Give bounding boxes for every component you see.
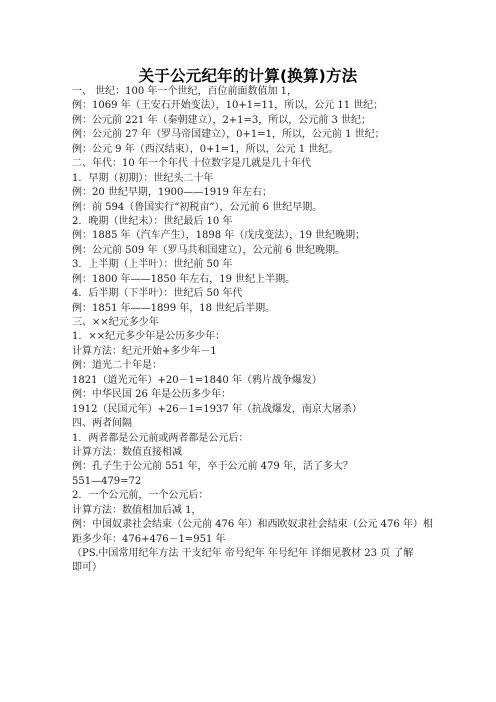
section-heading: 二、年代：10 年一个年代 十位数字是几就是几十年代 — [72, 157, 442, 171]
text-line: 1．早期（初期）：世纪头二十年 — [72, 172, 442, 186]
document-body: 一、 世纪：100 年一个世纪，百位前面数值加 1， 例：1069 年（王安石开… — [72, 85, 442, 576]
section-heading: 三、××纪元多少年 — [72, 316, 442, 330]
text-line: 例：中华民国 26 年是公历多少年： — [72, 388, 442, 402]
text-line: 例：中国奴隶社会结束（公元前 476 年）和西欧奴隶社会结束（公元 476 年）… — [72, 518, 442, 532]
text-line: 计算方法：数值直接相减 — [72, 446, 442, 460]
text-line: 例：公元前 509 年（罗马共和国建立），公元前 6 世纪晚期。 — [72, 244, 442, 258]
text-line: 例：1851 年——1899 年，18 世纪后半期。 — [72, 302, 442, 316]
text-line: 例：1885 年（汽车产生），1898 年（戊戌变法），19 世纪晚期； — [72, 229, 442, 243]
text-line: 1．两者都是公元前或两者都是公元后： — [72, 432, 442, 446]
text-line: 例：1800 年——1850 年左右，19 世纪上半期。 — [72, 273, 442, 287]
note-line: 即可） — [72, 561, 442, 575]
text-line: 2．晚期（世纪末）：世纪最后 10 年 — [72, 215, 442, 229]
text-line: 例：道光二十年是： — [72, 359, 442, 373]
text-line: 2．一个公元前，一个公元后： — [72, 489, 442, 503]
text-line: 3．上半期（上半叶）：世纪前 50 年 — [72, 258, 442, 272]
note-line: （PS.中国常用纪年方法 干支纪年 帝号纪年 年号纪年 详细见教材 23 页 了… — [72, 547, 442, 561]
text-line: 一、 世纪：100 年一个世纪，百位前面数值加 1， — [72, 85, 442, 99]
section-heading: 四、两者间隔 — [72, 417, 442, 431]
text-line: 例：公元前 221 年（秦朝建立），2+1=3，所以，公元前 3 世纪； — [72, 114, 442, 128]
document-title: 关于公元纪年的计算(换算)方法 — [0, 64, 496, 86]
text-line: 1821（道光元年）+20－1=1840 年（鸦片战争爆发） — [72, 374, 442, 388]
text-line: 例：公元 9 年（西汉结束），0+1=1，所以，公元 1 世纪。 — [72, 143, 442, 157]
text-line: 4．后半期（下半叶）：世纪后 50 年代 — [72, 287, 442, 301]
text-line: 计算方法：数值相加后减 1， — [72, 504, 442, 518]
text-line: 计算方法：纪元开始+多少年－1 — [72, 345, 442, 359]
text-line: 551—479=72 — [72, 475, 442, 489]
text-line: 1．××纪元多少年是公历多少年： — [72, 330, 442, 344]
text-line: 例：孔子生于公元前 551 年，卒于公元前 479 年，活了多大？ — [72, 460, 442, 474]
text-line: 例：公元前 27 年（罗马帝国建立），0+1=1，所以，公元前 1 世纪； — [72, 128, 442, 142]
text-line: 例：1069 年（王安石开始变法），10+1=11，所以，公元 11 世纪； — [72, 99, 442, 113]
text-line: 例：20 世纪早期，1900——1919 年左右； — [72, 186, 442, 200]
text-line: 例：前 594（鲁国实行“初税亩”），公元前 6 世纪早期。 — [72, 201, 442, 215]
text-line: 距多少年：476+476－1=951 年 — [72, 533, 442, 547]
text-line: 1912（民国元年）+26－1=1937 年（抗战爆发，南京大屠杀） — [72, 403, 442, 417]
